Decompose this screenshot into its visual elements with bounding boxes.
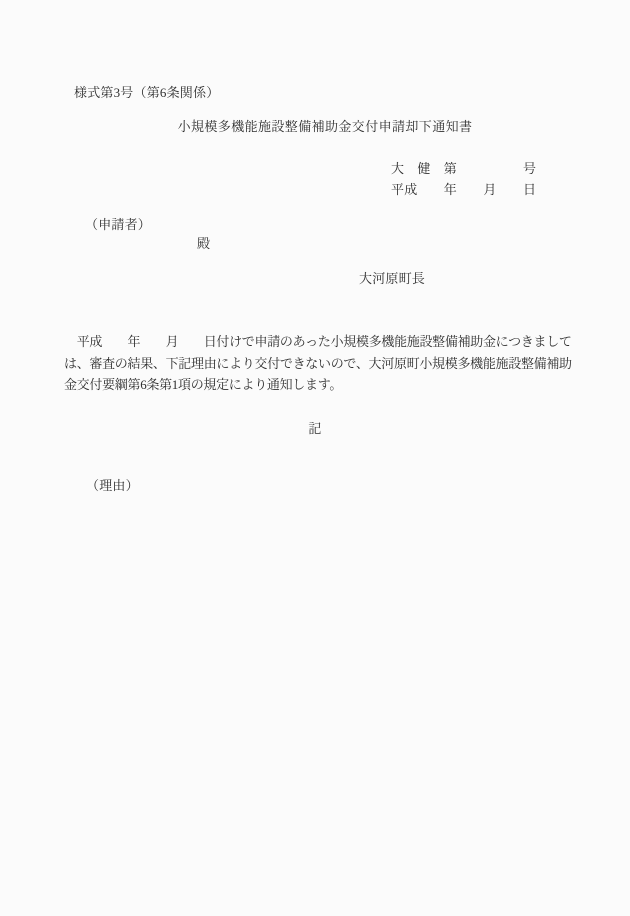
sender-mayor-name: 大河原町長 [359,272,425,285]
reference-block: 大 健 第 号 平成 年 月 日 [391,162,536,204]
reason-label: （理由） [86,479,139,492]
body-line: 平成 年 月 日付けで申請のあった小規模多機能施設整備補助金につきまして [64,331,566,353]
document-page: 様式第3号（第6条関係） 小規模多機能施設整備補助金交付申請却下通知書 大 健 … [0,0,630,916]
form-number: 様式第3号（第6条関係） [74,86,219,99]
honorific-dono: 殿 [197,237,210,250]
applicant-label: （申請者） [85,218,151,231]
body-paragraph: 平成 年 月 日付けで申請のあった小規模多機能施設整備補助金につきまして は、審… [64,331,566,396]
document-number-line: 大 健 第 号 [391,162,536,175]
body-line: は、審査の結果、下記理由により交付できないので、大河原町小規模多機能施設整備補助 [64,353,566,375]
record-marker: 記 [0,422,630,435]
body-line: 金交付要綱第6条第1項の規定により通知します。 [64,374,566,396]
document-title: 小規模多機能施設整備補助金交付申請却下通知書 [20,120,630,133]
date-line: 平成 年 月 日 [391,183,536,196]
